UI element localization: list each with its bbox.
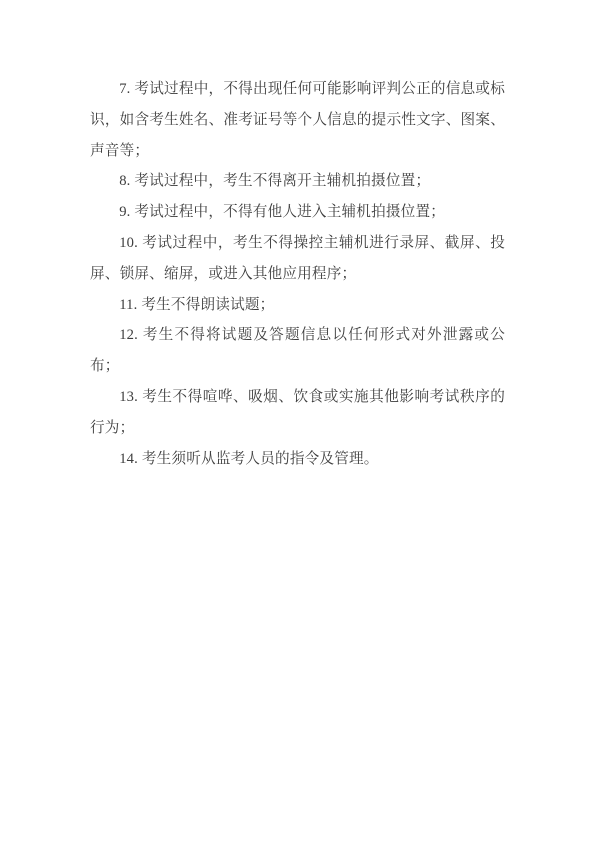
rule-item-7: 7. 考试过程中，不得出现任何可能影响评判公正的信息或标识，如含考生姓名、准考证… bbox=[90, 74, 505, 166]
rule-item-14: 14. 考生须听从监考人员的指令及管理。 bbox=[90, 444, 505, 475]
rule-item-12: 12. 考生不得将试题及答题信息以任何形式对外泄露或公布； bbox=[90, 320, 505, 382]
rule-item-13: 13. 考生不得喧哗、吸烟、饮食或实施其他影响考试秩序的行为； bbox=[90, 382, 505, 444]
rule-item-10: 10. 考试过程中，考生不得操控主辅机进行录屏、截屏、投屏、锁屏、缩屏，或进入其… bbox=[90, 228, 505, 290]
rule-item-8: 8. 考试过程中，考生不得离开主辅机拍摄位置； bbox=[90, 166, 505, 197]
document-page: 7. 考试过程中，不得出现任何可能影响评判公正的信息或标识，如含考生姓名、准考证… bbox=[0, 0, 595, 842]
document-body: 7. 考试过程中，不得出现任何可能影响评判公正的信息或标识，如含考生姓名、准考证… bbox=[90, 74, 505, 474]
rule-item-9: 9. 考试过程中，不得有他人进入主辅机拍摄位置； bbox=[90, 197, 505, 228]
rule-item-11: 11. 考生不得朗读试题； bbox=[90, 290, 505, 321]
